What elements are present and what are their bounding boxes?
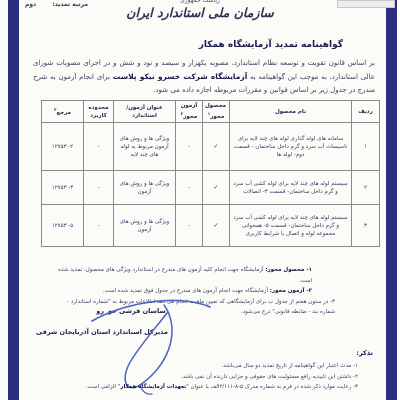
cell-scope: - xyxy=(84,123,114,171)
certificate-title: گواهینامه تمدید آزمایشگاه همکار xyxy=(199,40,343,50)
cell-reference: ۱۲۷۵۳ -۲ xyxy=(42,123,84,171)
col-header-reference: مرجع۳ xyxy=(42,101,84,123)
footnote-2: ۲- آزمون محور: آزمایشگاه جهت انجام آزمون… xyxy=(55,286,312,297)
renewal-rank-value: دوم xyxy=(25,1,36,8)
right-border-frame xyxy=(386,0,397,400)
cell-product-name: سامانه های لوله گذاری لوله های چند لایه … xyxy=(230,123,352,171)
cell-test-based: - xyxy=(176,171,203,205)
intro-paragraph: بر اساس قانون تقویت و توسعه نظام استاندا… xyxy=(33,57,375,97)
footnote-1: ۱- محصول محور: آزمایشگاه جهت انجام کلیه … xyxy=(55,265,312,286)
col-header-product-name: نام محصول xyxy=(230,101,352,123)
col-header-product-based: محصول محور۱ xyxy=(203,101,230,123)
cell-product-based-check: ✓ xyxy=(203,171,230,205)
signer-name: ساسان فرشی حق رو xyxy=(95,307,167,315)
cell-reference: ۱۲۷۵۳ -۳ xyxy=(42,171,84,205)
renewal-rank-label: مرتبه تمدید: xyxy=(52,1,88,8)
cell-product-name: سیستم لوله های چند لایه برای لوله کشی آب… xyxy=(230,205,352,247)
cell-scope: - xyxy=(84,205,114,247)
cell-test-title: ویژگی ها و روش های آزمون مربوط به لوله ه… xyxy=(114,123,176,171)
table-row: ۲ سیستم لوله های چند لایه برای لوله کشی … xyxy=(42,171,380,205)
table-row: ۳ سیستم لوله های چند لایه برای لوله کشی … xyxy=(42,205,380,247)
left-border-frame xyxy=(8,0,19,400)
cell-test-based: - xyxy=(176,123,203,171)
remark-2: ۲- داشتن این تاییدیه رافع مسئولیت های حق… xyxy=(40,372,358,383)
remark-1: ۱- مدت اعتبار این گواهینامه از تاریخ تمد… xyxy=(40,361,358,372)
cell-scope: - xyxy=(84,171,114,205)
renewal-rank: مرتبه تمدید: دوم xyxy=(25,1,88,8)
cell-product-name: سیستم لوله های چند لایه برای لوله کشی آب… xyxy=(230,171,352,205)
cell-test-title: ویژگی ها و روش های آزمون xyxy=(114,171,176,205)
top-right-cutoff-box xyxy=(337,0,395,8)
cell-row-number: ۳ xyxy=(352,205,380,247)
lab-name: آزمایشگاه شرکت خسرو نیکو پلاست xyxy=(113,72,248,81)
certificate-page: { "meta_top": { "renewal_label": "مرتبه … xyxy=(0,0,400,400)
remarks-heading: تذكر: xyxy=(356,349,373,357)
col-header-test-title: عنوان آزمون/ استاندارد xyxy=(114,101,176,123)
col-header-test-based: آزمون محور۲ xyxy=(176,101,203,123)
tests-table: ردیف نام محصول محصول محور۱ آزمون محور۲ ع… xyxy=(41,100,380,247)
cell-test-title: ویژگی ها و روش های آزمون xyxy=(114,205,176,247)
cell-row-number: ۱ xyxy=(352,123,380,171)
signer-role: مدیرکل استاندارد استان آذربایجان شرقی xyxy=(22,328,182,336)
cell-product-based-check: ✓ xyxy=(203,123,230,171)
remark-3: ۳- رعایت موارد ذکر شده در فرم به شماره م… xyxy=(40,382,358,393)
col-header-scope: محدوده کاربرد xyxy=(84,101,114,123)
cell-test-based: - xyxy=(176,205,203,247)
table-row: ۱ سامانه های لوله گذاری لوله های چند لای… xyxy=(42,123,380,171)
col-header-row-number: ردیف xyxy=(352,101,380,123)
cell-product-based-check: ✓ xyxy=(203,205,230,247)
letterhead: ریاست جمهوری سازمان ملی استاندارد ایران xyxy=(110,0,290,21)
table-header-row: ردیف نام محصول محصول محور۱ آزمون محور۲ ع… xyxy=(42,101,380,123)
cell-row-number: ۲ xyxy=(352,171,380,205)
remarks-list: ۱- مدت اعتبار این گواهینامه از تاریخ تمد… xyxy=(40,361,358,393)
org-name: سازمان ملی استاندارد ایران xyxy=(110,4,290,21)
cell-reference: ۱۲۷۵۳ -۵ xyxy=(42,205,84,247)
